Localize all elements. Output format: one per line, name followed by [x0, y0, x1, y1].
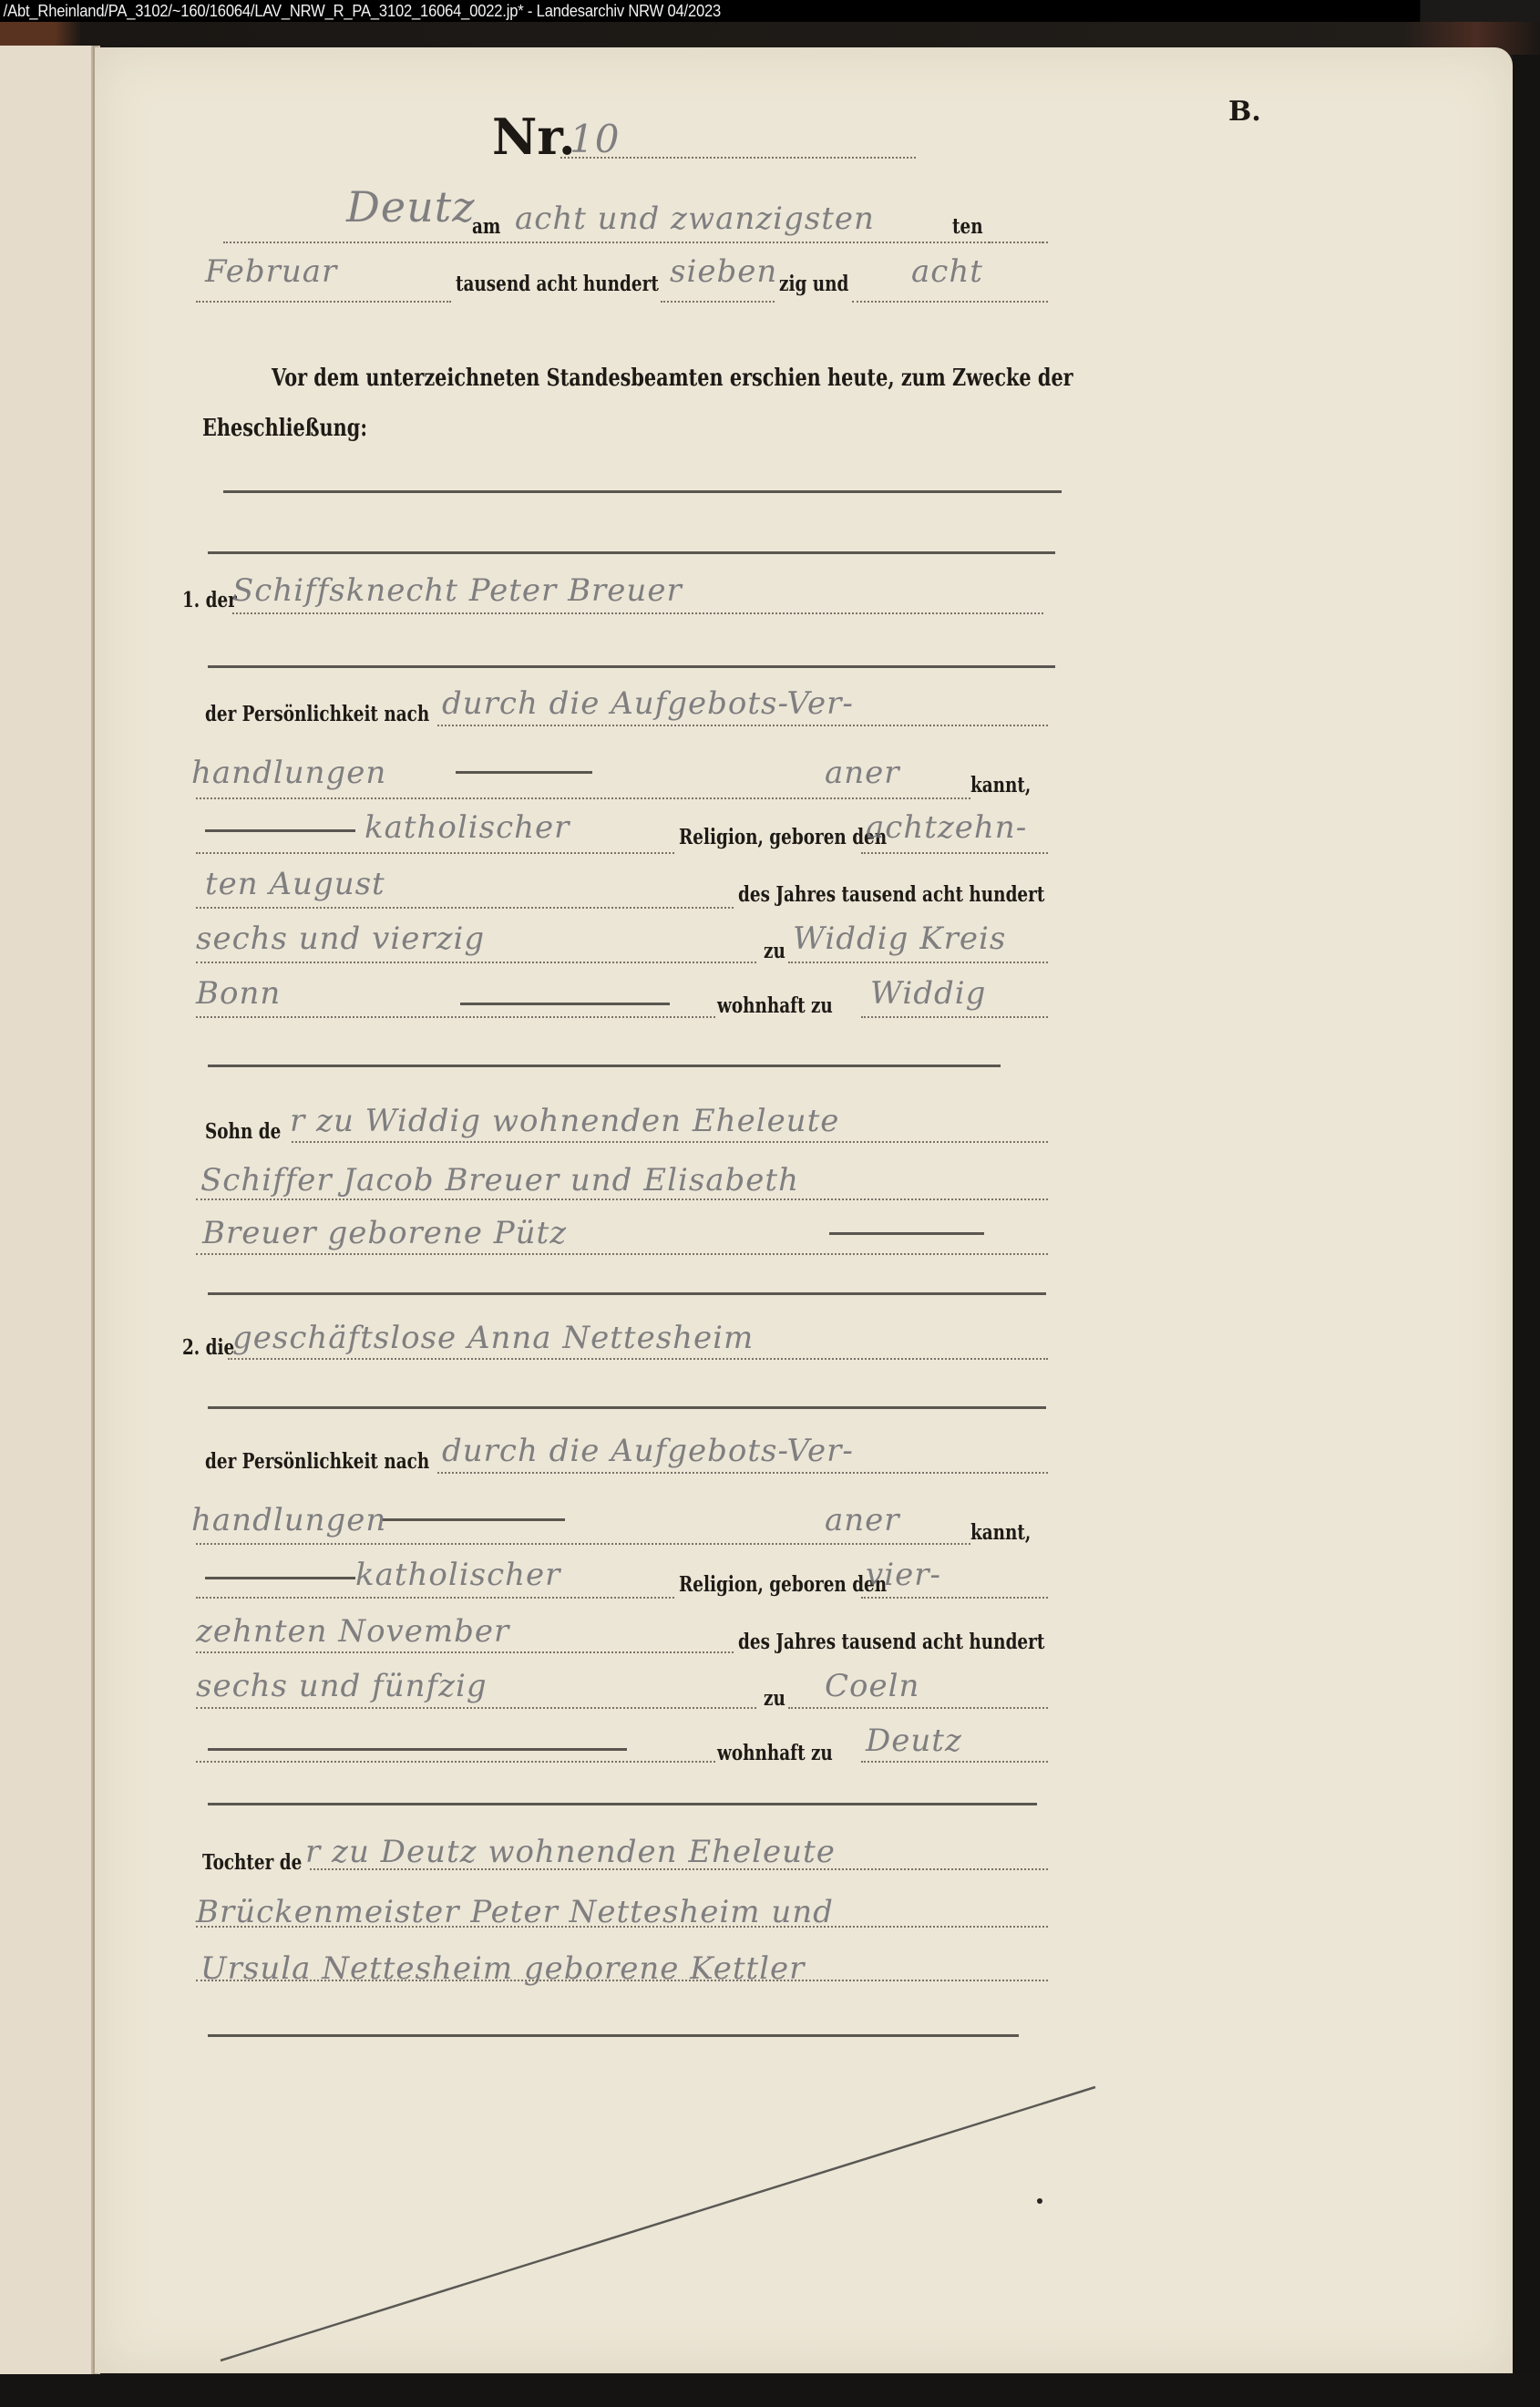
bride-identity-1: durch die Aufgebots-Ver- [442, 1433, 854, 1469]
groom-identity-1: durch die Aufgebots-Ver- [442, 685, 854, 722]
label-year-thousands: tausend acht hundert [456, 272, 659, 296]
bride-year-label: des Jahres tausend acht hundert [738, 1630, 1044, 1654]
intro-line-2: Eheschließung: [202, 415, 367, 442]
bride-residence: Deutz [866, 1723, 962, 1759]
dotted-line [196, 1651, 734, 1653]
groom-residence: Widdig [870, 975, 986, 1012]
groom-wohnhaft-label: wohnhaft zu [717, 993, 833, 1018]
label-am: am [472, 214, 500, 239]
dotted-line [228, 1358, 1048, 1360]
groom-religion: katholischer [364, 809, 570, 846]
dotted-line [196, 962, 756, 963]
dotted-line [861, 852, 1048, 854]
bride-parents-3: Ursula Nettesheim geborene Kettler [200, 1950, 805, 1987]
strike-line [208, 1292, 1046, 1295]
groom-occupation-name: Schiffsknecht Peter Breuer [232, 572, 683, 609]
dotted-line [232, 612, 1043, 614]
dotted-line [788, 1707, 1048, 1709]
label-zig-und: zig und [779, 272, 848, 296]
window-title: /Abt_Rheinland/PA_3102/~160/16064/LAV_NR… [0, 0, 1420, 22]
groom-parents-label: Sohn de [205, 1119, 281, 1144]
bride-wohnhaft-label: wohnhaft zu [717, 1741, 833, 1765]
dotted-line [852, 301, 1048, 303]
dotted-line [989, 242, 1048, 243]
strike-line [208, 2034, 1019, 2037]
dotted-line [292, 1141, 1048, 1143]
groom-birth-day-2: ten August [205, 866, 385, 902]
dotted-line [861, 1016, 1048, 1018]
dotted-line [861, 1761, 1048, 1763]
bride-kannt-label: kannt, [970, 1520, 1031, 1545]
bride-religion: katholischer [355, 1557, 560, 1593]
bride-number-label: 2. die [182, 1335, 234, 1360]
record-number: 10 [570, 117, 620, 161]
book-cover-right [1513, 55, 1540, 2388]
groom-number-label: 1. der [182, 588, 237, 612]
groom-identity-2: handlungen [191, 755, 386, 791]
dotted-line [196, 1980, 1048, 1981]
dotted-line [196, 1253, 1048, 1255]
month: Februar [205, 253, 337, 290]
bride-identity-label: der Persönlichkeit nach [205, 1449, 429, 1474]
strike-line [456, 771, 592, 774]
dotted-line [196, 1761, 715, 1763]
left-page-edge [0, 46, 94, 2379]
dotted-line [196, 1926, 1048, 1928]
strike-line [208, 1803, 1037, 1805]
strike-line [208, 551, 1055, 554]
strike-line [205, 1577, 355, 1579]
groom-parents-1: r zu Widdig wohnenden Eheleute [290, 1103, 839, 1139]
dotted-line [437, 1472, 1048, 1474]
dotted-line [196, 1543, 970, 1545]
groom-religion-label: Religion, geboren den [679, 825, 887, 849]
bride-zu-label: zu [764, 1686, 785, 1711]
dotted-line [788, 962, 1048, 963]
unit-year: acht [911, 253, 983, 290]
dotted-line [196, 1707, 756, 1709]
bride-parents-label: Tochter de [202, 1850, 302, 1875]
bride-parents-2: Brückenmeister Peter Nettesheim und [196, 1894, 834, 1930]
groom-parents-3: Breuer geborene Pütz [202, 1215, 567, 1251]
strike-line [208, 665, 1055, 668]
strike-line [829, 1232, 984, 1235]
dotted-line [196, 301, 451, 303]
bride-identity-2: handlungen [191, 1502, 386, 1538]
strike-line [383, 1518, 565, 1521]
dotted-line [437, 725, 1048, 726]
decade: sieben [670, 253, 777, 290]
register-page [95, 47, 1513, 2373]
groom-zu-label: zu [764, 939, 785, 963]
groom-anerkannt: aner [825, 755, 900, 791]
strike-line [208, 1748, 627, 1751]
groom-year-label: des Jahres tausend acht hundert [738, 882, 1044, 907]
groom-birth-year: sechs und vierzig [196, 921, 485, 957]
dotted-line [196, 1016, 715, 1018]
bride-anerkannt: aner [825, 1502, 900, 1538]
dotted-line [196, 1198, 1048, 1200]
book-cover-bottom [0, 2374, 1540, 2407]
dotted-line [661, 301, 775, 303]
dotted-line [196, 1597, 674, 1599]
groom-birth-place-1: Widdig Kreis [793, 921, 1006, 957]
bride-birth-day-1: vier- [866, 1557, 941, 1593]
dotted-line [196, 797, 970, 799]
dotted-line [310, 1868, 1048, 1870]
strike-line [205, 829, 355, 832]
form-letter: B. [1228, 96, 1261, 128]
dotted-line [560, 157, 916, 159]
groom-identity-label: der Persönlichkeit nach [205, 702, 429, 726]
bride-birth-year: sechs und fünfzig [196, 1668, 488, 1704]
strike-line [223, 490, 1062, 493]
bride-birth-day-2: zehnten November [196, 1613, 509, 1650]
strike-line [208, 1065, 1001, 1067]
bride-occupation-name: geschäftslose Anna Nettesheim [232, 1320, 754, 1356]
dotted-line [196, 907, 734, 909]
bride-birth-place: Coeln [825, 1668, 919, 1704]
dotted-line [223, 242, 1043, 243]
strike-line [460, 1003, 670, 1005]
strike-line [208, 1406, 1046, 1409]
groom-kannt-label: kannt, [970, 773, 1031, 797]
intro-line-1: Vor dem unterzeichneten Standesbeamten e… [272, 365, 1073, 392]
groom-birth-place-2: Bonn [196, 975, 281, 1012]
bride-parents-1: r zu Deutz wohnenden Eheleute [305, 1834, 836, 1870]
place: Deutz [346, 182, 475, 231]
bride-religion-label: Religion, geboren den [679, 1572, 887, 1597]
dotted-line [861, 1597, 1048, 1599]
groom-birth-day-1: achtzehn- [866, 809, 1027, 846]
label-ten: ten [952, 214, 983, 239]
day: acht und zwanzigsten [515, 201, 875, 237]
groom-parents-2: Schiffer Jacob Breuer und Elisabeth [200, 1162, 799, 1198]
dotted-line [196, 852, 674, 854]
